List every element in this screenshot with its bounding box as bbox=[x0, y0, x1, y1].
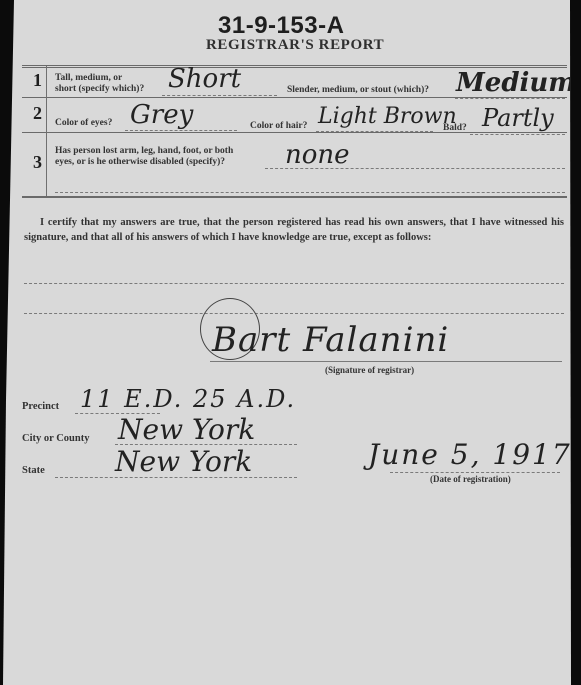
row-number-1: 1 bbox=[33, 70, 42, 91]
disability-extra-line bbox=[55, 192, 565, 193]
build-label: Slender, medium, or stout (which)? bbox=[287, 85, 429, 96]
bald-answer: Partly bbox=[482, 104, 554, 132]
registration-date-caption: (Date of registration) bbox=[430, 474, 511, 484]
precinct-value: 11 E.D. 25 A.D. bbox=[80, 385, 296, 413]
signature-caption: (Signature of registrar) bbox=[325, 365, 414, 375]
height-answer: Short bbox=[168, 64, 241, 94]
eye-color-answer: Grey bbox=[130, 100, 193, 130]
disability-answer: none bbox=[285, 140, 350, 170]
hair-color-answer: Light Brown bbox=[318, 104, 457, 129]
row-number-3: 3 bbox=[33, 152, 42, 173]
disability-label-line1: Has person lost arm, leg, hand, foot, or… bbox=[55, 146, 233, 157]
state-label: State bbox=[22, 465, 45, 476]
hair-color-answer-line bbox=[316, 131, 433, 132]
row-divider-2 bbox=[22, 132, 567, 133]
hair-color-label: Color of hair? bbox=[250, 121, 307, 132]
registration-date-line bbox=[390, 472, 560, 473]
state-value: New York bbox=[115, 445, 252, 478]
table-bottom-rule bbox=[22, 196, 567, 198]
serial-number: 31-9-153-A bbox=[218, 12, 344, 40]
registration-date: June 5, 1917 bbox=[368, 438, 572, 471]
exceptions-line-2 bbox=[24, 313, 564, 314]
build-answer-line bbox=[455, 98, 565, 99]
disability-label-line2: eyes, or is he otherwise disabled (speci… bbox=[55, 157, 225, 168]
eye-color-answer-line bbox=[125, 130, 237, 131]
registrar-report-card: 31-9-153-A REGISTRAR'S REPORT 1 Tall, me… bbox=[0, 0, 581, 685]
exceptions-line-1 bbox=[24, 283, 564, 284]
row-number-2: 2 bbox=[33, 103, 42, 124]
bald-label: Bald? bbox=[443, 123, 467, 134]
height-label-line1: Tall, medium, or bbox=[55, 73, 122, 84]
certification-text: I certify that my answers are true, that… bbox=[24, 215, 564, 245]
eye-color-label: Color of eyes? bbox=[55, 118, 112, 129]
registrar-signature: Bart Falanini bbox=[212, 320, 449, 360]
signature-line bbox=[210, 361, 562, 362]
height-answer-line bbox=[162, 95, 277, 96]
bald-answer-line bbox=[470, 134, 565, 135]
height-label-line2: short (specify which)? bbox=[55, 84, 144, 95]
precinct-label: Precinct bbox=[22, 401, 59, 412]
build-answer: Medium bbox=[456, 68, 576, 98]
city-label: City or County bbox=[22, 433, 89, 444]
number-column-divider bbox=[46, 66, 47, 196]
document-title: REGISTRAR'S REPORT bbox=[206, 37, 384, 54]
city-value: New York bbox=[118, 413, 255, 446]
